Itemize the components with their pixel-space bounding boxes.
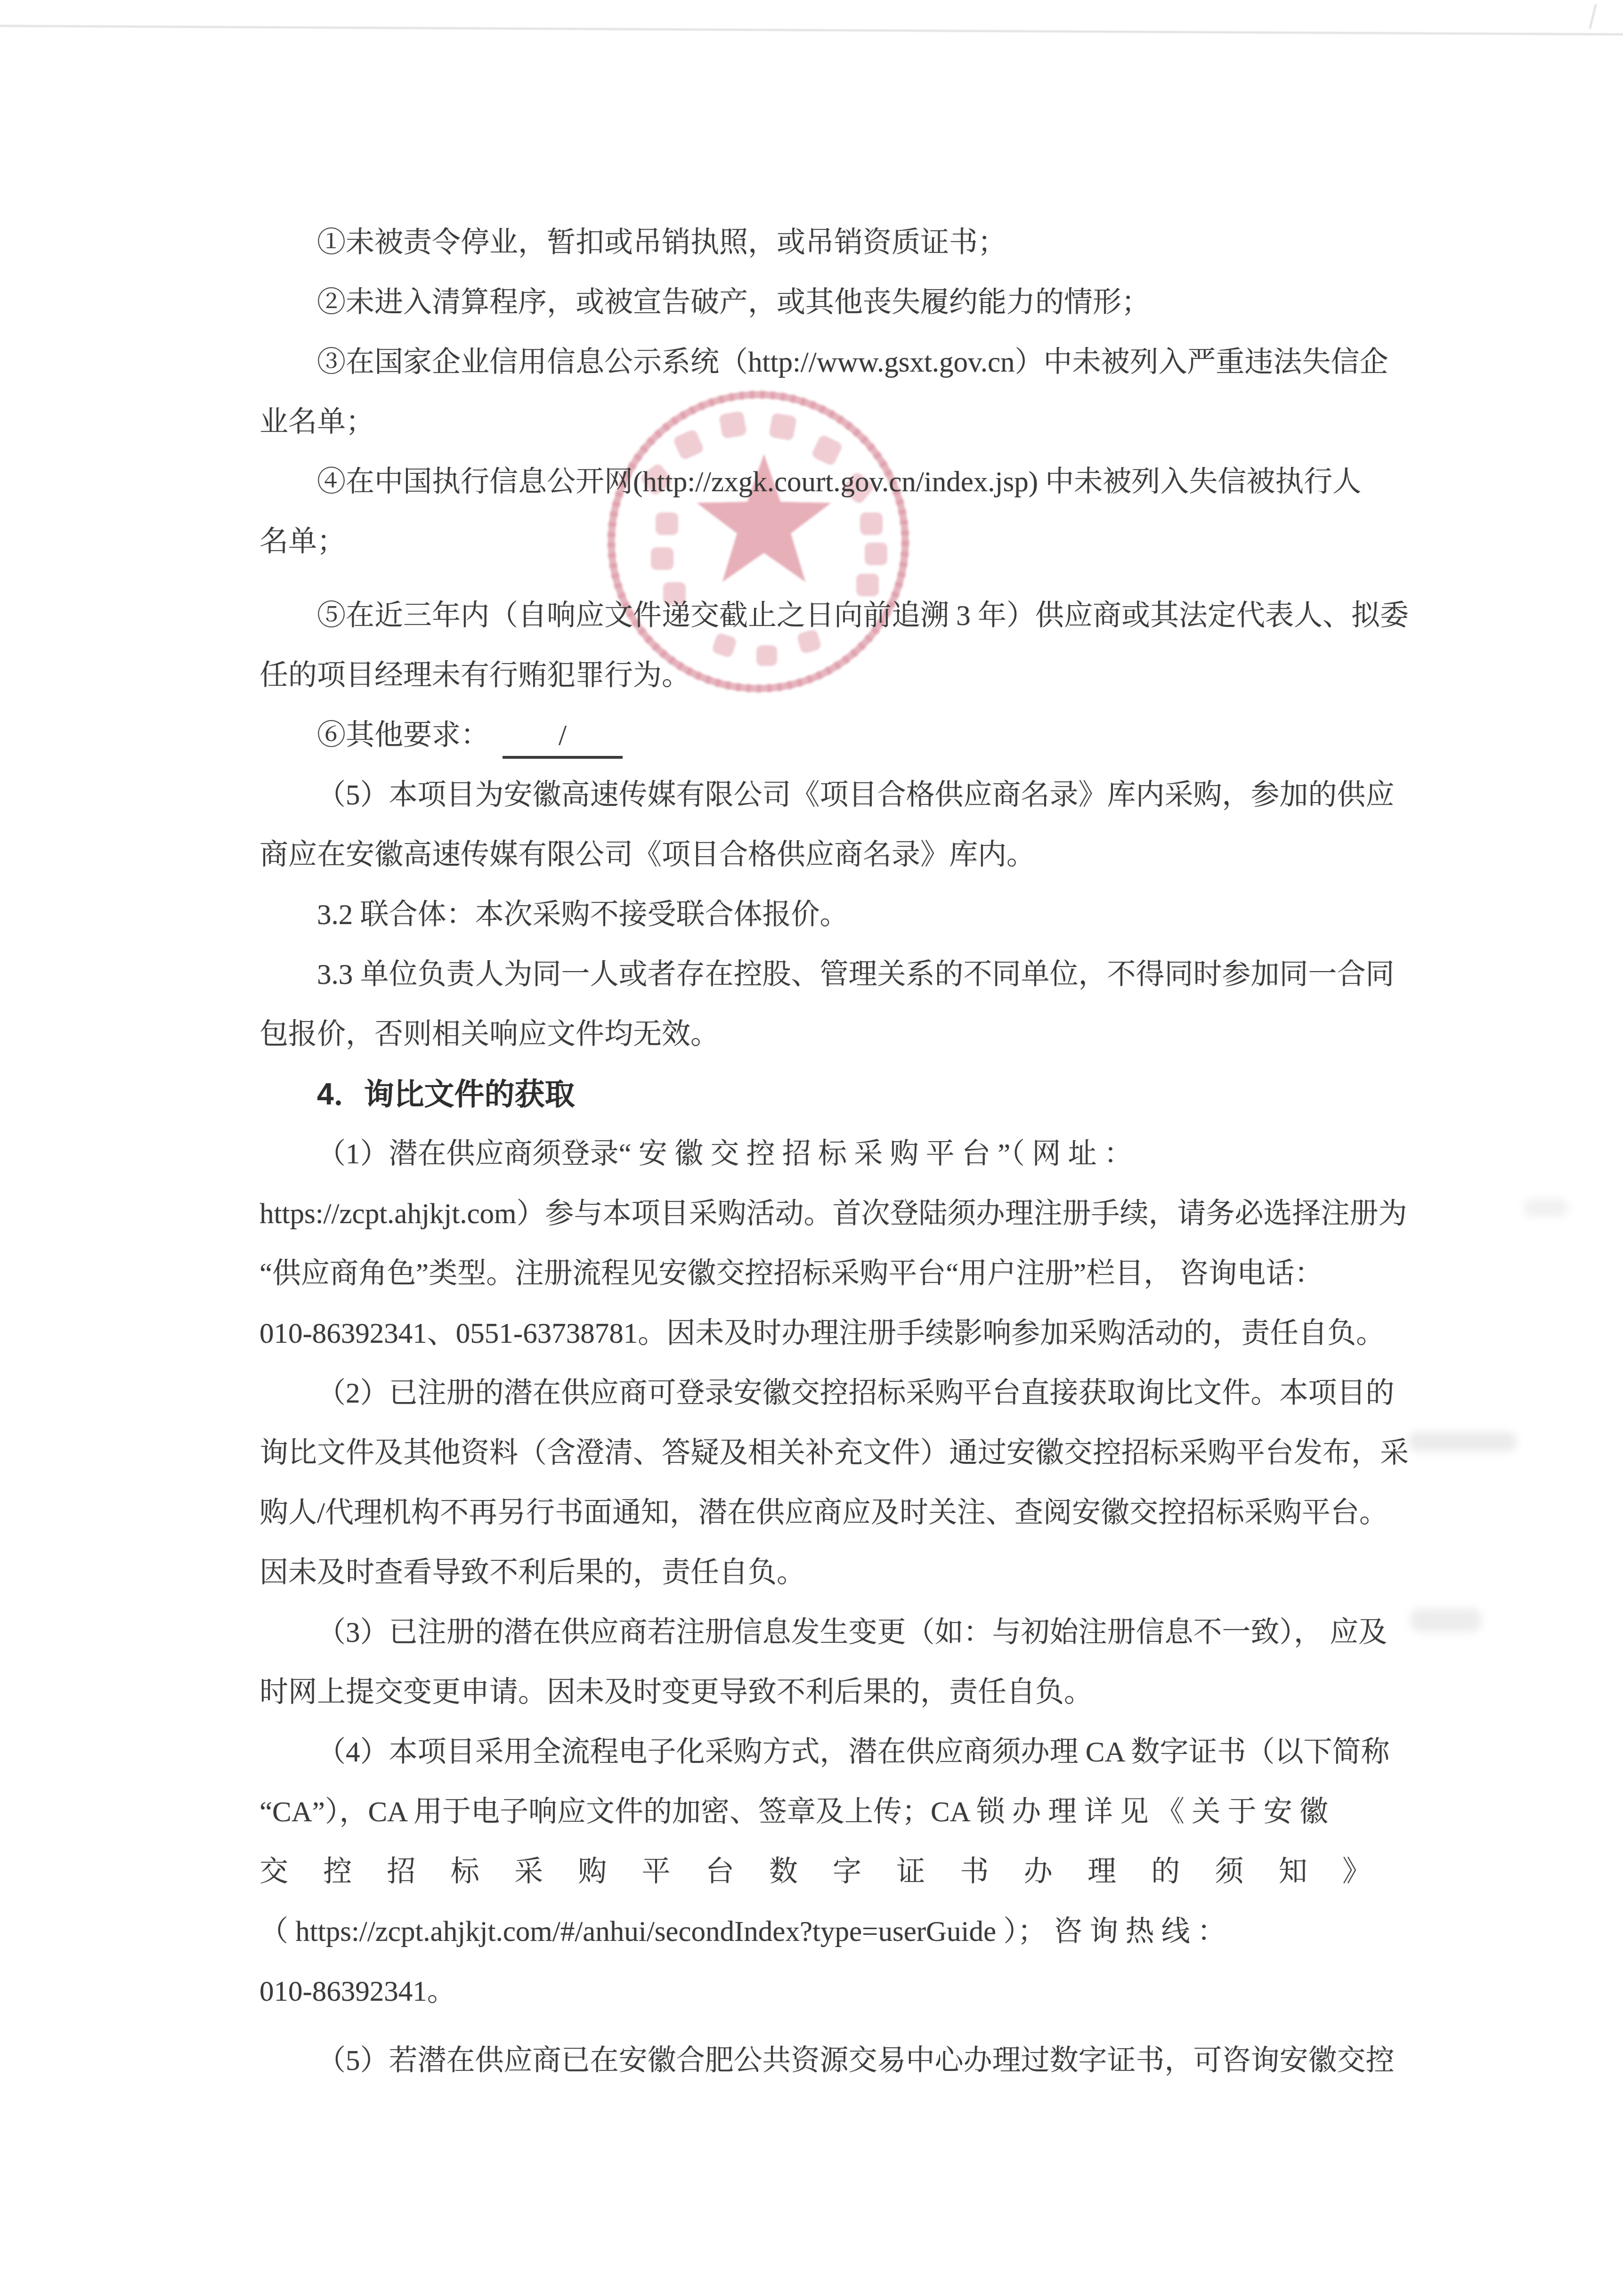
- scan-artifact-top-line: [0, 25, 1623, 35]
- blank-field-value: /: [503, 715, 623, 759]
- text-line: 010-86392341。: [260, 1962, 1371, 2021]
- scan-artifact-smudge: [1411, 1608, 1481, 1632]
- text-line: 任的项目经理未有行贿犯罪行为。: [260, 646, 1371, 706]
- text-line: 交 控 招 标 采 购 平 台 数 字 证 书 办 理 的 须 知 》: [260, 1842, 1371, 1902]
- text-line: 因未及时查看导致不利后果的，责任自负。: [260, 1543, 1371, 1603]
- text-line: 包报价，否则相关响应文件均无效。: [260, 1005, 1371, 1064]
- text-line: “供应商角色”类型。注册流程见安徽交控招标采购平台“用户注册”栏目， 咨询电话：: [260, 1244, 1371, 1304]
- text-line: ③在国家企业信用信息公示系统（http://www.gsxt.gov.cn）中未…: [260, 333, 1371, 392]
- scan-artifact-smudge: [1408, 1432, 1517, 1452]
- text-line: （4）本项目采用全流程电子化采购方式，潜在供应商须办理 CA 数字证书（以下简称: [260, 1722, 1371, 1782]
- text-line: 业名单；: [260, 392, 1371, 452]
- text-line: （2）已注册的潜在供应商可登录安徽交控招标采购平台直接获取询比文件。本项目的: [260, 1363, 1371, 1423]
- text-line: 时网上提交变更申请。因未及时变更导致不利后果的，责任自负。: [260, 1663, 1371, 1722]
- text-line: （1）潜在供应商须登录“ 安 徽 交 控 招 标 采 购 平 台 ”（ 网 址 …: [260, 1124, 1371, 1184]
- text-line: https://zcpt.ahjkjt.com）参与本项目采购活动。首次登陆须办…: [260, 1184, 1371, 1244]
- text-line: （ https://zcpt.ahjkjt.com/#/anhui/second…: [260, 1902, 1371, 1962]
- text-line: “CA”），CA 用于电子响应文件的加密、签章及上传；CA 锁 办 理 详 见 …: [260, 1782, 1371, 1842]
- text-line: 商应在安徽高速传媒有限公司《项目合格供应商名录》库内。: [260, 825, 1371, 885]
- text-line: 购人/代理机构不再另行书面通知，潜在供应商应及时关注、查阅安徽交控招标采购平台。: [260, 1483, 1371, 1543]
- text-line: 3.2 联合体：本次采购不接受联合体报价。: [260, 885, 1371, 945]
- text-line: ⑥其他要求：/: [260, 706, 1371, 765]
- text-line: 询比文件及其他资料（含澄清、答疑及相关补充文件）通过安徽交控招标采购平台发布，采: [260, 1423, 1371, 1483]
- blank-field-label: ⑥其他要求：: [317, 720, 489, 751]
- scan-artifact-smudge: [1524, 1199, 1568, 1217]
- scan-artifact-corner-tick: [1589, 4, 1597, 29]
- text-line: 3.3 单位负责人为同一人或者存在控股、管理关系的不同单位，不得同时参加同一合同: [260, 945, 1371, 1005]
- text-line: （5）若潜在供应商已在安徽合肥公共资源交易中心办理过数字证书，可咨询安徽交控: [260, 2031, 1371, 2091]
- text-line: （3）已注册的潜在供应商若注册信息发生变更（如：与初始注册信息不一致）， 应及: [260, 1603, 1371, 1663]
- section-heading: 4．询比文件的获取: [260, 1064, 1371, 1124]
- text-line: （5）本项目为安徽高速传媒有限公司《项目合格供应商名录》库内采购，参加的供应: [260, 765, 1371, 825]
- text-line: ④在中国执行信息公开网(http://zxgk.court.gov.cn/ind…: [260, 452, 1371, 512]
- text-line: ①未被责令停业，暂扣或吊销执照，或吊销资质证书；: [260, 213, 1371, 273]
- text-line: ②未进入清算程序，或被宣告破产，或其他丧失履约能力的情形；: [260, 273, 1371, 333]
- text-line: ⑤在近三年内（自响应文件递交截止之日向前追溯 3 年）供应商或其法定代表人、拟委: [260, 586, 1371, 646]
- text-line: 名单；: [260, 512, 1371, 572]
- text-line: 010-86392341、0551-63738781。因未及时办理注册手续影响参…: [260, 1304, 1371, 1363]
- document-page: ①未被责令停业，暂扣或吊销执照，或吊销资质证书；②未进入清算程序，或被宣告破产，…: [260, 213, 1371, 2091]
